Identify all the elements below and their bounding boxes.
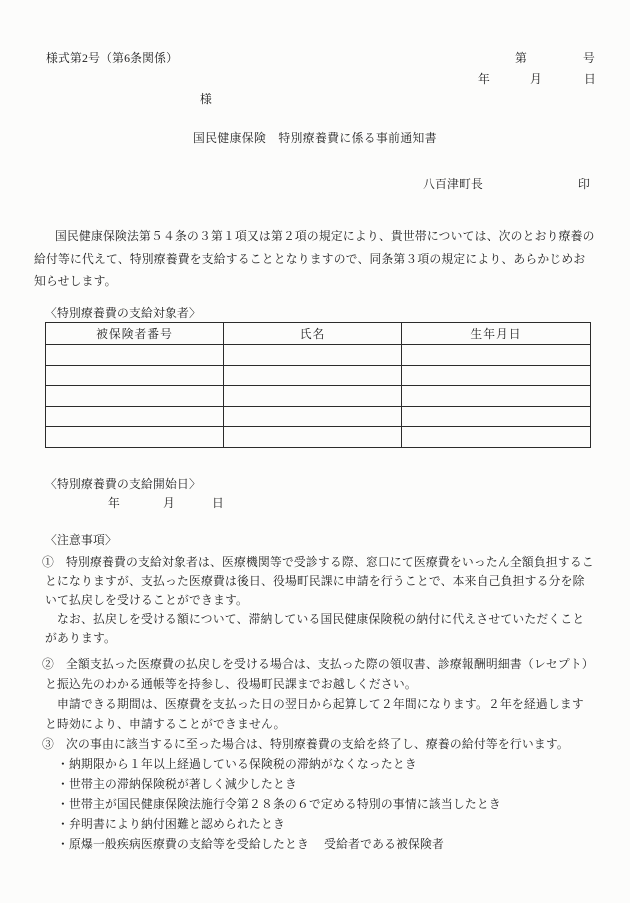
start-date-year-label: 年: [108, 496, 120, 511]
table-cell-empty: [224, 365, 402, 386]
recipients-table-body: [46, 345, 591, 448]
table-header-row: 被保険者番号 氏名 生年月日: [46, 323, 591, 345]
table-cell-empty: [46, 386, 224, 407]
note-line: ③ 次の事由に該当するに至った場合は、特別療養費の支給を終了し、療養の給付等を行…: [42, 737, 569, 752]
table-row: [46, 386, 591, 407]
column-header-insured-number: 被保険者番号: [46, 323, 224, 345]
note-line: ① 特別療養費の支給対象者は、医療機関等で受診する際、窓口にて医療費をいったん全…: [42, 555, 594, 570]
table-cell-empty: [46, 345, 224, 366]
table-cell-empty: [46, 406, 224, 427]
start-date-month-label: 月: [163, 496, 175, 511]
note-line: なお、払戻しを受ける額について、滞納している国民健康保険税の納付に代えさせていた…: [45, 612, 584, 627]
date-month-label: 月: [530, 72, 542, 87]
table-cell-empty: [402, 365, 591, 386]
doc-number-prefix: 第: [515, 51, 527, 66]
table-cell-empty: [224, 427, 402, 448]
note-line: とになりますが、支払った医療費は後日、役場町民課に申請を行うことで、本来自己負担…: [45, 574, 585, 589]
doc-number-suffix: 号: [583, 51, 595, 66]
table-cell-empty: [224, 386, 402, 407]
note-line: と時効により、申請することができません。: [45, 717, 286, 732]
table-cell-empty: [402, 406, 591, 427]
recipients-table: 被保険者番号 氏名 生年月日: [45, 322, 591, 448]
table-cell-empty: [46, 365, 224, 386]
note-line: ② 全額支払った医療費の払戻しを受ける場合は、支払った際の領収書、診療報酬明細書…: [42, 657, 594, 672]
table-cell-empty: [224, 345, 402, 366]
table-row: [46, 406, 591, 427]
table-cell-empty: [402, 427, 591, 448]
body-line: 給付等に代えて、特別療養費を支給することとなりますので、同条第３項の規定により、…: [34, 252, 585, 267]
body-line: 知らせします。: [34, 274, 117, 289]
issuer-name: 八百津町長: [423, 177, 483, 192]
table-row: [46, 365, 591, 386]
note-bullet-line: ・原爆一般疾病医療費の支給等を受給したとき 受給者である被保険者: [57, 837, 444, 852]
table-cell-empty: [46, 427, 224, 448]
notes-heading: 〈注意事項〉: [45, 533, 117, 548]
start-date-heading: 〈特別療養費の支給開始日〉: [45, 477, 201, 492]
note-bullet-line: ・弁明書により納付困難と認められたとき: [57, 817, 285, 832]
addressee-honorific: 様: [200, 92, 212, 107]
note-line: いて払戻しを受けることができます。: [45, 593, 248, 608]
document-page: 様式第2号（第6条関係） 第 号 年 月 日 様 国民健康保険 特別療養費に係る…: [0, 0, 630, 903]
table-row: [46, 427, 591, 448]
note-line: と振込先のわかる通帳等を持参し、役場町民課までお越しください。: [45, 677, 417, 692]
recipients-heading: 〈特別療養費の支給対象者〉: [45, 306, 201, 321]
table-cell-empty: [224, 406, 402, 427]
note-bullet-line: ・納期限から１年以上経過している保険税の滞納がなくなったとき: [57, 757, 417, 772]
seal-placeholder: 印: [578, 177, 590, 192]
note-line: 申請できる期間は、医療費を支払った日の翌日から起算して２年間になります。２年を経…: [45, 697, 584, 712]
form-label: 様式第2号（第6条関係）: [46, 51, 178, 66]
body-line: 国民健康保険法第５４条の３第１項又は第２項の規定により、貴世帯については、次のと…: [43, 229, 595, 244]
table-cell-empty: [402, 386, 591, 407]
table-row: [46, 345, 591, 366]
start-date-day-label: 日: [212, 496, 224, 511]
table-cell-empty: [402, 345, 591, 366]
note-bullet-line: ・世帯主の滞納保険税が著しく減少したとき: [57, 777, 297, 792]
date-year-label: 年: [478, 72, 490, 87]
note-bullet-line: ・世帯主が国民健康保険法施行令第２８条の６で定める特別の事情に該当したとき: [57, 797, 501, 812]
column-header-name: 氏名: [224, 323, 402, 345]
note-line: があります。: [45, 631, 116, 646]
date-day-label: 日: [584, 72, 596, 87]
column-header-birthdate: 生年月日: [402, 323, 591, 345]
document-title: 国民健康保険 特別療養費に係る事前通知書: [0, 131, 630, 146]
